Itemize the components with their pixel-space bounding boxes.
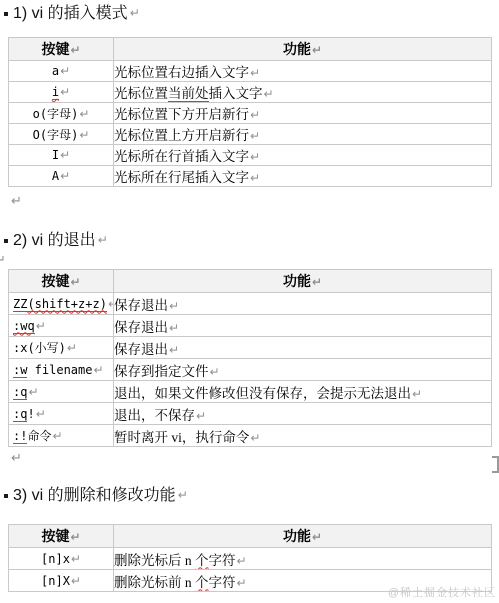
text-run: 插入文字 <box>209 86 263 101</box>
pilcrow-mark: ↵ <box>108 297 114 311</box>
text-run: O(字母) <box>33 128 79 142</box>
text-run: 光标所在行首插入文字 <box>114 149 249 164</box>
text-run: 字符 <box>209 553 236 568</box>
pilcrow-mark: ↵ <box>178 486 188 505</box>
header-label: 按键 <box>41 530 69 545</box>
text-run: 暂时离开 vi，执行命令 <box>114 430 249 445</box>
pilcrow-mark: ↵ <box>60 169 70 183</box>
header-label: 功能 <box>283 275 311 290</box>
pilcrow-mark: ↵ <box>52 429 62 443</box>
table-row: I↵光标所在行首插入文字↵ <box>9 145 492 166</box>
pilcrow-mark: ↵ <box>70 275 80 289</box>
section-heading-insert-mode: 1) vi 的插入模式 ↵ <box>3 4 140 23</box>
bullet-icon <box>4 239 8 243</box>
pilcrow-mark: ↵ <box>237 554 247 568</box>
key-cell: :x(小写)↵ <box>9 337 114 359</box>
text-run: 光标位置上方开启新行 <box>114 128 249 143</box>
pilcrow-mark: ↵ <box>169 299 179 313</box>
heading-text: 1) vi 的插入模式 <box>13 4 128 23</box>
pilcrow-mark: ↵ <box>312 275 322 289</box>
table-row: :q↵退出，如果文件修改但没有保存，会提示无法退出↵ <box>9 381 492 403</box>
pilcrow-mark: ↵ <box>79 107 89 121</box>
pilcrow-mark: ↵ <box>169 321 179 335</box>
function-cell: 退出，不保存↵ <box>114 403 492 425</box>
function-cell: 光标所在行首插入文字↵ <box>114 145 492 166</box>
text-run: :! <box>13 429 27 444</box>
column-header-function: 功能↵ <box>114 525 492 548</box>
text-run: [n]X <box>41 574 70 588</box>
text-run: 退出，如果文件修改但没有保存，会提示无法退出 <box>114 386 411 401</box>
pilcrow-mark: ↵ <box>70 43 80 57</box>
heading-text: 2) vi 的退出 <box>13 231 96 250</box>
pilcrow-mark: ↵ <box>264 87 274 101</box>
table-header-row: 按键↵ 功能↵ <box>9 270 492 293</box>
key-cell: [n]X↵ <box>9 570 114 592</box>
table-row: A↵光标所在行尾插入文字↵ <box>9 166 492 187</box>
key-cell: A↵ <box>9 166 114 187</box>
key-cell: :q!↵ <box>9 403 114 425</box>
header-label: 按键 <box>41 43 69 58</box>
table-row: :wq↵保存退出↵ <box>9 315 492 337</box>
text-run: 删除光标后 n <box>114 553 195 568</box>
pilcrow-mark: ↵ <box>36 407 46 421</box>
pilcrow-mark: ↵ <box>250 171 260 185</box>
key-cell: :q↵ <box>9 381 114 403</box>
section-heading-delete-modify: 3) vi 的删除和修改功能 ↵ <box>3 486 188 505</box>
pilcrow-mark: ↵ <box>250 129 260 143</box>
text-run: i <box>52 85 59 100</box>
pilcrow-mark: ↵ <box>60 85 70 99</box>
function-cell: 暂时离开 vi，执行命令↵ <box>114 425 492 447</box>
pilcrow-mark: ↵ <box>250 150 260 164</box>
text-run: 字符 <box>209 575 236 590</box>
text-run: (shift+z+z) <box>27 297 106 312</box>
text-run: filename <box>27 363 92 377</box>
text-run: ZZ <box>13 297 27 312</box>
watermark: @稀土掘金技术社区 <box>388 584 496 600</box>
function-cell: 保存退出↵ <box>114 293 492 315</box>
pilcrow-mark: ↵ <box>36 319 46 333</box>
section-heading-quit: 2) vi 的退出 ↵ <box>3 231 108 250</box>
pilcrow-mark: ↵ <box>93 363 103 377</box>
function-cell: 光标位置右边插入文字↵ <box>114 61 492 82</box>
column-header-function: 功能↵ <box>114 270 492 293</box>
document-page: 1) vi 的插入模式 ↵ 按键↵ 功能↵ a↵光标位置右边插入文字↵i↵光标位… <box>0 0 499 603</box>
text-run: 个 <box>195 553 209 568</box>
text-run: :wq <box>13 319 35 334</box>
function-cell: 保存到指定文件↵ <box>114 359 492 381</box>
table-row: i↵光标位置当前处插入文字↵ <box>9 82 492 103</box>
table-delete-modify: 按键↵ 功能↵ [n]x↵删除光标后 n 个字符↵[n]X↵删除光标前 n 个字… <box>8 524 492 592</box>
key-cell: :wq↵ <box>9 315 114 337</box>
text-run: 保存到指定文件 <box>114 364 209 379</box>
text-run: [n]x <box>41 552 70 566</box>
function-cell: 光标所在行尾插入文字↵ <box>114 166 492 187</box>
pilcrow-mark: ↵ <box>250 66 260 80</box>
key-cell: :w filename↵ <box>9 359 114 381</box>
text-run: 光标所在行尾插入文字 <box>114 170 249 185</box>
text-run: :w <box>13 363 27 378</box>
column-header-key: 按键↵ <box>9 270 114 293</box>
text-run: :q <box>13 407 27 422</box>
table-row: :w filename↵保存到指定文件↵ <box>9 359 492 381</box>
key-cell: O(字母)↵ <box>9 124 114 145</box>
text-run: a <box>52 64 59 78</box>
text-run: 当前处 <box>168 86 209 102</box>
pilcrow-mark: ↵ <box>412 387 422 401</box>
pilcrow-mark: ↵ <box>71 552 81 566</box>
text-run: 保存退出 <box>114 320 168 335</box>
pilcrow-mark: ↵ <box>0 253 6 268</box>
pilcrow-mark: ↵ <box>210 365 220 379</box>
pilcrow-mark: ↵ <box>60 148 70 162</box>
table-row: a↵光标位置右边插入文字↵ <box>9 61 492 82</box>
text-run: 保存退出 <box>114 298 168 313</box>
function-cell: 光标位置下方开启新行↵ <box>114 103 492 124</box>
bullet-icon <box>4 12 8 16</box>
text-run: 光标位置下方开启新行 <box>114 107 249 122</box>
function-cell: 保存退出↵ <box>114 315 492 337</box>
header-label: 按键 <box>41 275 69 290</box>
function-cell: 光标位置当前处插入文字↵ <box>114 82 492 103</box>
pilcrow-mark: ↵ <box>196 409 206 423</box>
text-run: 删除光标前 n <box>114 575 195 590</box>
key-cell: a↵ <box>9 61 114 82</box>
table-row: O(字母)↵光标位置上方开启新行↵ <box>9 124 492 145</box>
pilcrow-mark: ↵ <box>312 530 322 544</box>
key-cell: [n]x↵ <box>9 548 114 570</box>
pilcrow-mark: ↵ <box>79 128 89 142</box>
text-run: o(字母) <box>33 107 79 121</box>
table-quit: 按键↵ 功能↵ ZZ(shift+z+z)↵保存退出↵:wq↵保存退出↵:x(小… <box>8 269 492 447</box>
text-run: ! <box>27 407 34 421</box>
pilcrow-mark: ↵ <box>60 64 70 78</box>
pilcrow-mark: ↵ <box>11 194 22 209</box>
text-run: 光标位置右边插入文字 <box>114 65 249 80</box>
text-run: 命令 <box>27 429 51 443</box>
table-row: :!命令↵暂时离开 vi，执行命令↵ <box>9 425 492 447</box>
bullet-icon <box>4 494 8 498</box>
header-label: 功能 <box>283 43 311 58</box>
table-header-row: 按键↵ 功能↵ <box>9 525 492 548</box>
text-run: :q <box>13 385 27 400</box>
column-header-key: 按键↵ <box>9 38 114 61</box>
table-header-row: 按键↵ 功能↵ <box>9 38 492 61</box>
table-row: :q!↵退出，不保存↵ <box>9 403 492 425</box>
text-run: I <box>52 148 59 162</box>
text-run: 个 <box>195 575 209 590</box>
function-cell: 光标位置上方开启新行↵ <box>114 124 492 145</box>
key-cell: o(字母)↵ <box>9 103 114 124</box>
pilcrow-mark: ↵ <box>28 385 38 399</box>
pilcrow-mark: ↵ <box>71 574 81 588</box>
pilcrow-mark: ↵ <box>130 4 140 23</box>
pilcrow-mark: ↵ <box>250 431 260 445</box>
text-run: A <box>52 169 59 183</box>
text-run: 光标位置 <box>114 86 168 101</box>
pilcrow-mark: ↵ <box>250 108 260 122</box>
table-row: o(字母)↵光标位置下方开启新行↵ <box>9 103 492 124</box>
pilcrow-mark: ↵ <box>169 343 179 357</box>
pilcrow-mark: ↵ <box>312 43 322 57</box>
function-cell: 保存退出↵ <box>114 337 492 359</box>
pilcrow-mark: ↵ <box>67 341 77 355</box>
pilcrow-mark: ↵ <box>98 231 108 250</box>
table-row: ZZ(shift+z+z)↵保存退出↵ <box>9 293 492 315</box>
pilcrow-mark: ↵ <box>70 530 80 544</box>
edge-bracket-icon <box>492 456 499 473</box>
text-run: :x(小写) <box>13 341 66 355</box>
pilcrow-mark: ↵ <box>237 576 247 590</box>
table-row: :x(小写)↵保存退出↵ <box>9 337 492 359</box>
table-insert-mode: 按键↵ 功能↵ a↵光标位置右边插入文字↵i↵光标位置当前处插入文字↵o(字母)… <box>8 37 492 187</box>
heading-text: 3) vi 的删除和修改功能 <box>13 486 176 505</box>
key-cell: i↵ <box>9 82 114 103</box>
key-cell: ZZ(shift+z+z)↵ <box>9 293 114 315</box>
column-header-function: 功能↵ <box>114 38 492 61</box>
table-row: [n]x↵删除光标后 n 个字符↵ <box>9 548 492 570</box>
function-cell: 退出，如果文件修改但没有保存，会提示无法退出↵ <box>114 381 492 403</box>
text-run: 保存退出 <box>114 342 168 357</box>
column-header-key: 按键↵ <box>9 525 114 548</box>
key-cell: I↵ <box>9 145 114 166</box>
header-label: 功能 <box>283 530 311 545</box>
pilcrow-mark: ↵ <box>11 451 22 466</box>
text-run: 退出，不保存 <box>114 408 195 423</box>
function-cell: 删除光标后 n 个字符↵ <box>114 548 492 570</box>
key-cell: :!命令↵ <box>9 425 114 447</box>
